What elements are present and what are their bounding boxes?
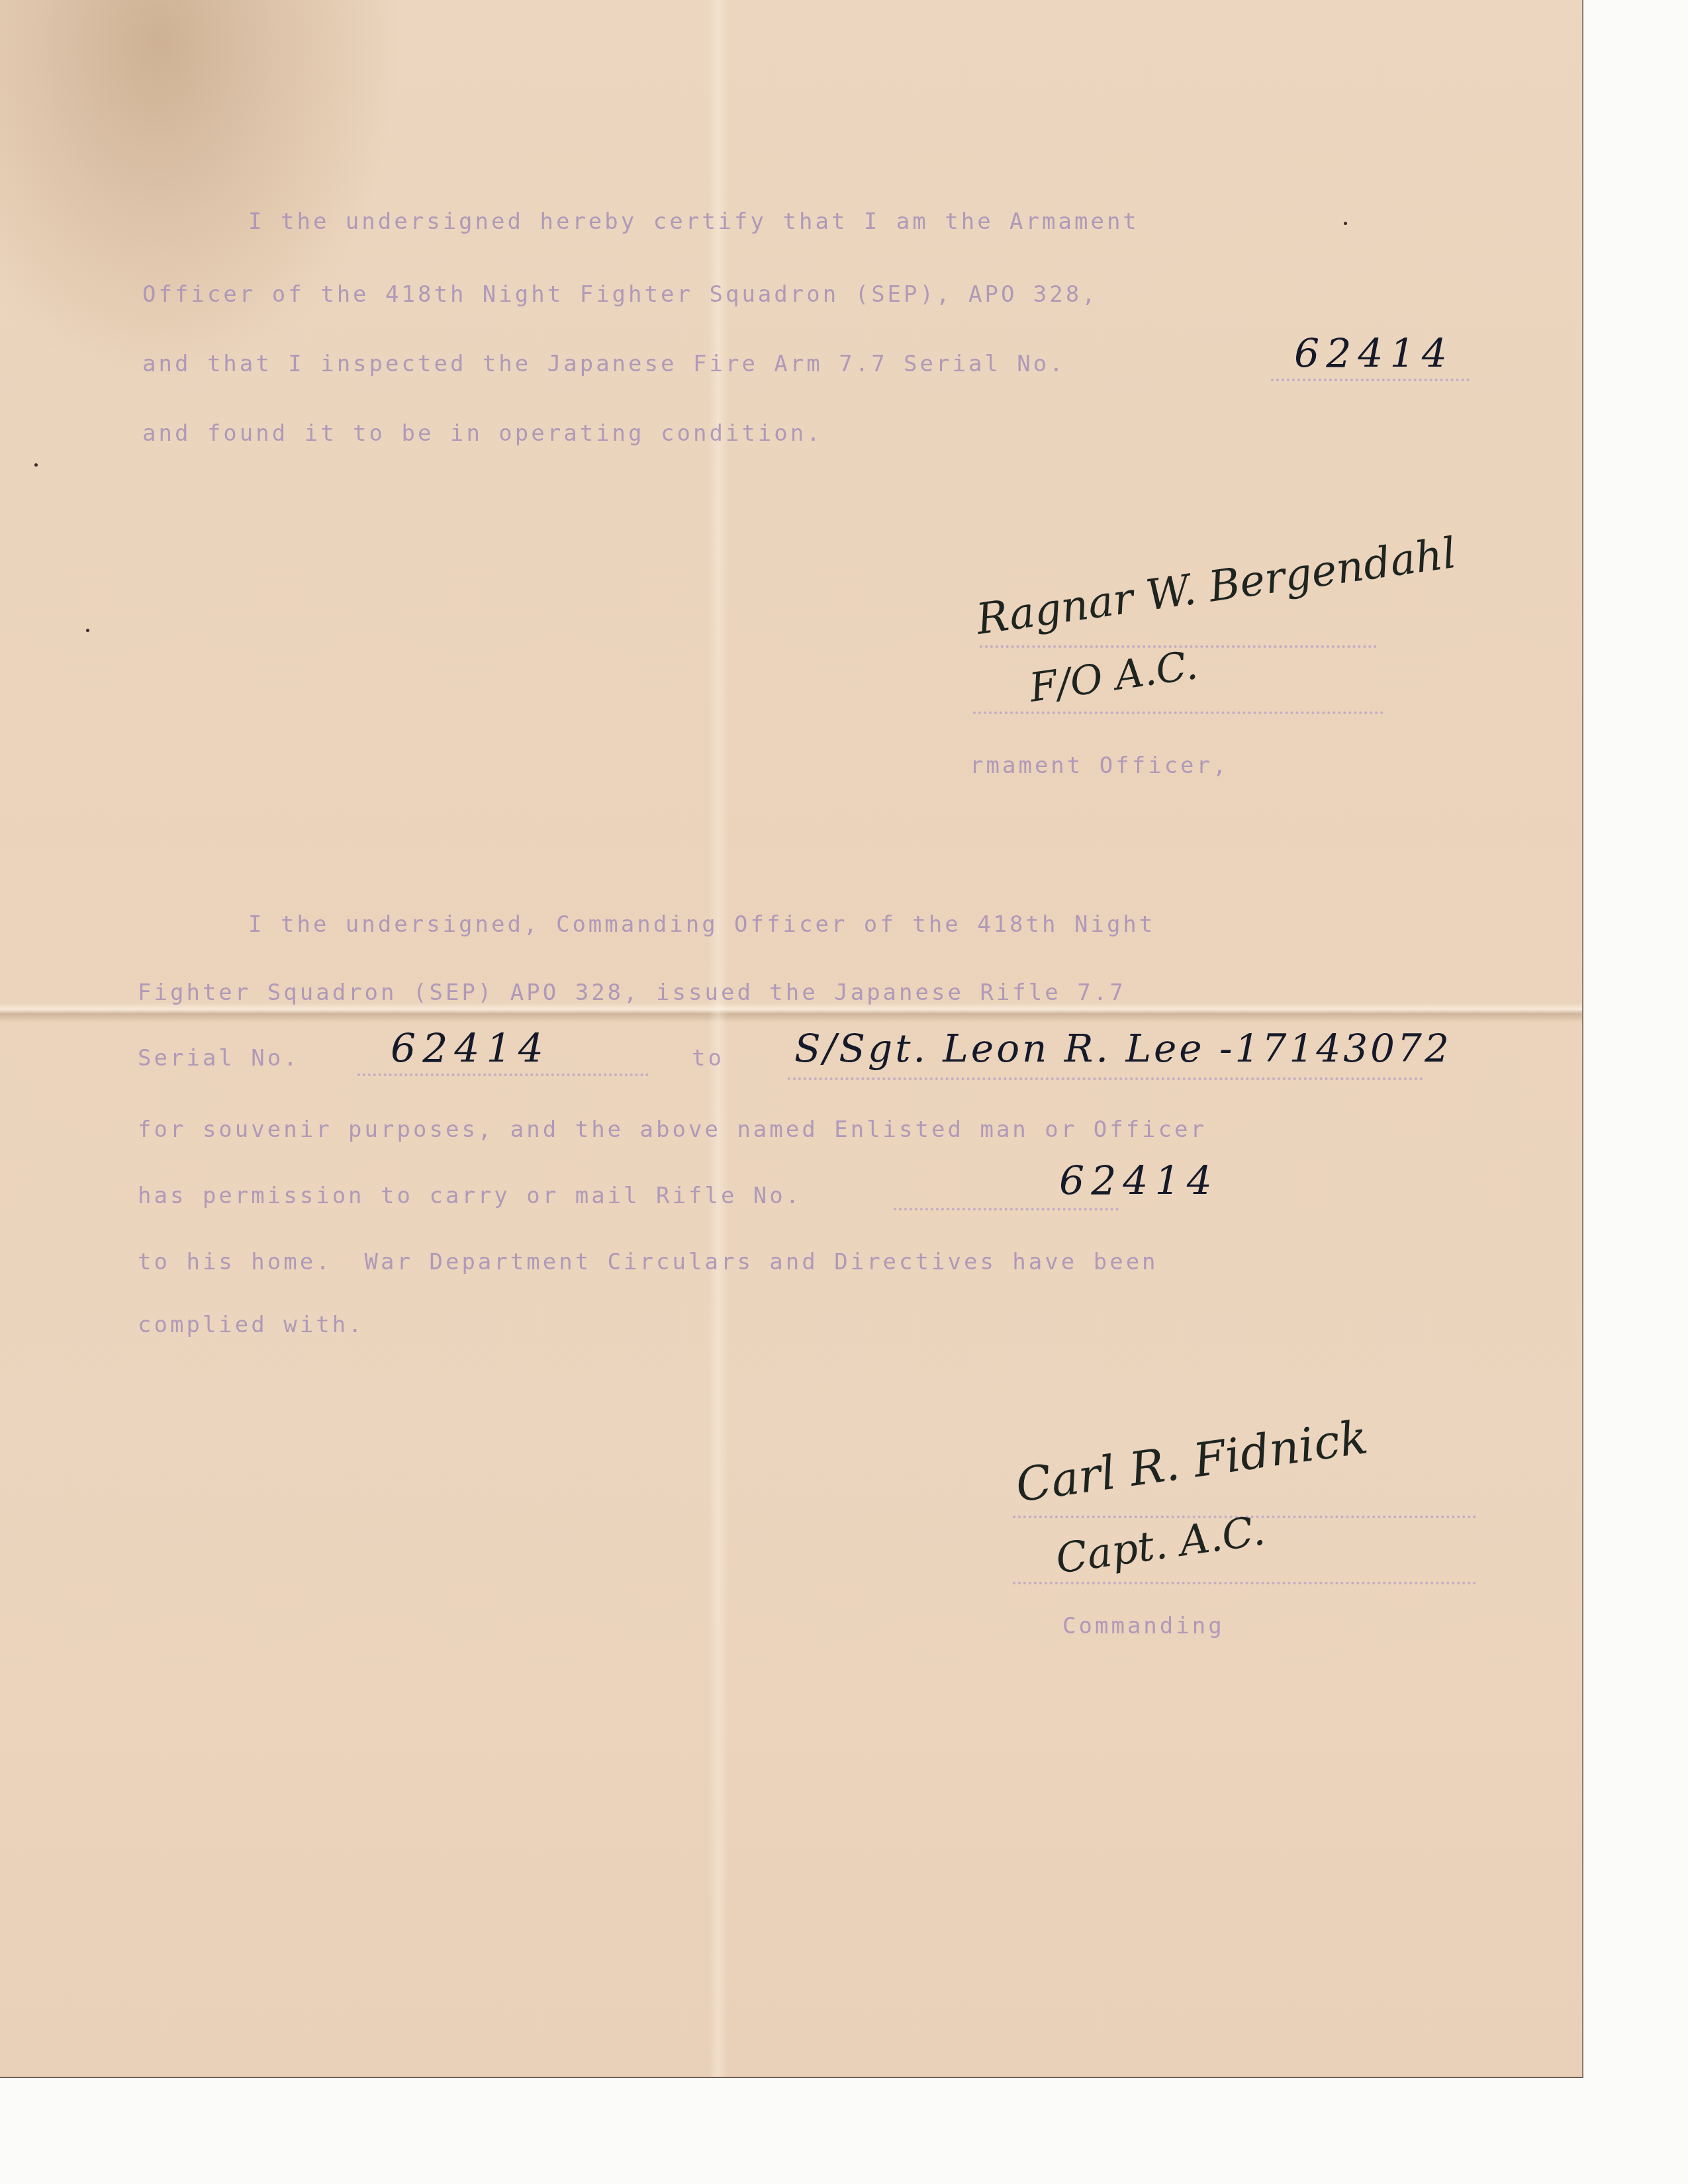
para2-line2: Fighter Squadron (SEP) APO 328, issued t… bbox=[138, 981, 1126, 1004]
para2-recipient-handwritten: S/Sgt. Leon R. Lee -17143072 bbox=[794, 1029, 1452, 1068]
para1-line1: I the undersigned hereby certify that I … bbox=[248, 210, 1139, 233]
para2-to: to bbox=[692, 1047, 724, 1069]
para2-line5-prefix: has permission to carry or mail Rifle No… bbox=[138, 1185, 802, 1207]
signature2-handwritten: Carl R. Fidnick bbox=[1013, 1414, 1370, 1509]
para1-line3: and that I inspected the Japanese Fire A… bbox=[142, 353, 1066, 375]
paper-speck bbox=[86, 629, 89, 632]
signature2-title: Commanding bbox=[1062, 1615, 1225, 1637]
paper-speck bbox=[34, 463, 38, 467]
signature1-rank-line bbox=[973, 711, 1383, 714]
signature2-rank-line bbox=[1013, 1582, 1476, 1584]
para2-line6: to his home. War Department Circulars an… bbox=[138, 1251, 1158, 1273]
signature1-rank: F/O A.C. bbox=[1027, 645, 1200, 708]
para2-serial-handwritten: 62414 bbox=[391, 1029, 550, 1069]
para2-rifle-serial-handwritten: 62414 bbox=[1059, 1161, 1219, 1201]
para2-line7: complied with. bbox=[138, 1314, 365, 1336]
para1-serial-handwritten: 62414 bbox=[1294, 334, 1454, 374]
serial-underline bbox=[1271, 379, 1470, 381]
para2-recipient-underline bbox=[788, 1077, 1423, 1080]
para2-serial-underline bbox=[357, 1073, 649, 1076]
para2-line4: for souvenir purposes, and the above nam… bbox=[138, 1118, 1207, 1141]
para2-rifle-serial-underline bbox=[894, 1208, 1119, 1210]
para2-line1: I the undersigned, Commanding Officer of… bbox=[248, 913, 1155, 936]
para1-line4: and found it to be in operating conditio… bbox=[142, 422, 823, 445]
document-page: I the undersigned hereby certify that I … bbox=[0, 0, 1583, 2078]
signature1-title: rmament Officer, bbox=[970, 754, 1229, 777]
para2-line3-prefix: Serial No. bbox=[138, 1047, 300, 1069]
paper-speck bbox=[1344, 222, 1347, 225]
signature1-handwritten: Ragnar W. Bergendahl bbox=[974, 532, 1459, 641]
signature2-rank: Capt. A.C. bbox=[1053, 1510, 1267, 1580]
para1-line2: Officer of the 418th Night Fighter Squad… bbox=[142, 283, 1098, 306]
